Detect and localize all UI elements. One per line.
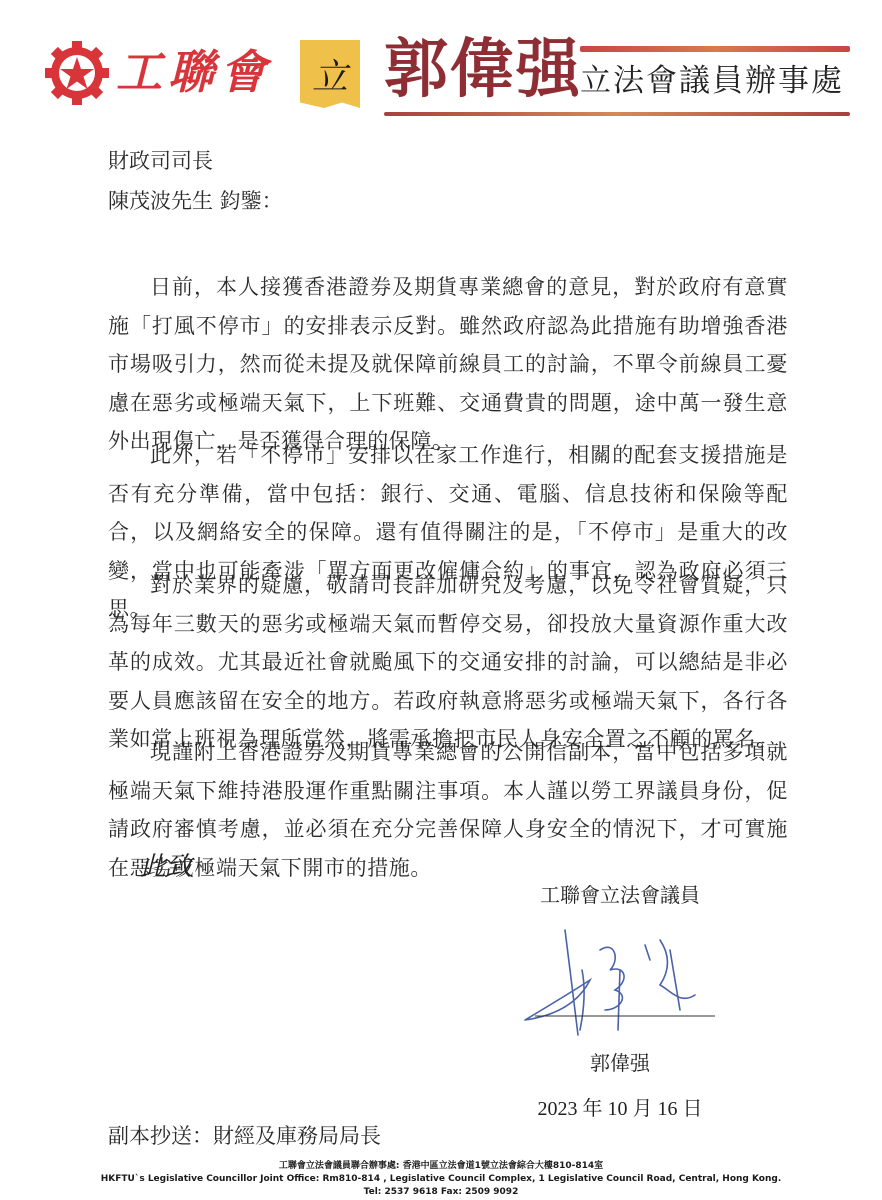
handwritten-signature xyxy=(520,910,720,1040)
signature-block: 工聯會立法會議員 郭偉强 2023 年 10 月 16 日 xyxy=(520,880,720,1124)
gear-star-logo-icon xyxy=(44,40,110,106)
body-paragraph-3: 對於業界的疑慮，敬請司長詳加研究及考慮，以免令社會質疑，只為每年三數天的惡劣或極… xyxy=(108,566,788,759)
union-name: 工聯會 xyxy=(116,42,272,102)
letterhead: 工聯會 立 郭偉强 立法會議員辦事處 xyxy=(0,0,882,125)
office-title: 立法會議員辦事處 xyxy=(580,58,844,104)
header-rule-top xyxy=(580,46,850,52)
footer-contact: Tel: 2537 9618 Fax: 2509 9092 xyxy=(0,1186,882,1199)
header-rule-bottom xyxy=(384,112,850,116)
legco-badge-icon: 立 xyxy=(300,40,360,108)
signature-icon xyxy=(520,910,720,1040)
closing-phrase: 此致 xyxy=(140,846,192,883)
signatory-title: 工聯會立法會議員 xyxy=(520,880,720,910)
footer-address-english: HKFTU`s Legislative Councillor Joint Off… xyxy=(0,1173,882,1186)
letter-date: 2023 年 10 月 16 日 xyxy=(520,1094,720,1124)
body-paragraph-1: 日前，本人接獲香港證券及期貨專業總會的意見，對於政府有意實施「打風不停市」的安排… xyxy=(108,268,788,461)
cc-line: 副本抄送：財經及庫務局局長 xyxy=(108,1120,381,1150)
signatory-name: 郭偉强 xyxy=(520,1048,720,1078)
addressee: 財政司司長 陳茂波先生 鈞鑒： xyxy=(108,142,283,222)
badge-glyph: 立 xyxy=(312,49,348,100)
member-name: 郭偉强 xyxy=(384,30,582,110)
addressee-title: 財政司司長 xyxy=(108,142,283,182)
addressee-salutation: 陳茂波先生 鈞鑒： xyxy=(108,182,283,222)
body-paragraph-4: 現謹附上香港證券及期貨專業總會的公開信副本，當中包括多項就極端天氣下維持港股運作… xyxy=(108,733,788,887)
footer-address: 工聯會立法會議員聯合辦事處: 香港中區立法會道1號立法會綜合大樓810-814室… xyxy=(0,1160,882,1199)
footer-address-chinese: 工聯會立法會議員聯合辦事處: 香港中區立法會道1號立法會綜合大樓810-814室 xyxy=(0,1160,882,1173)
